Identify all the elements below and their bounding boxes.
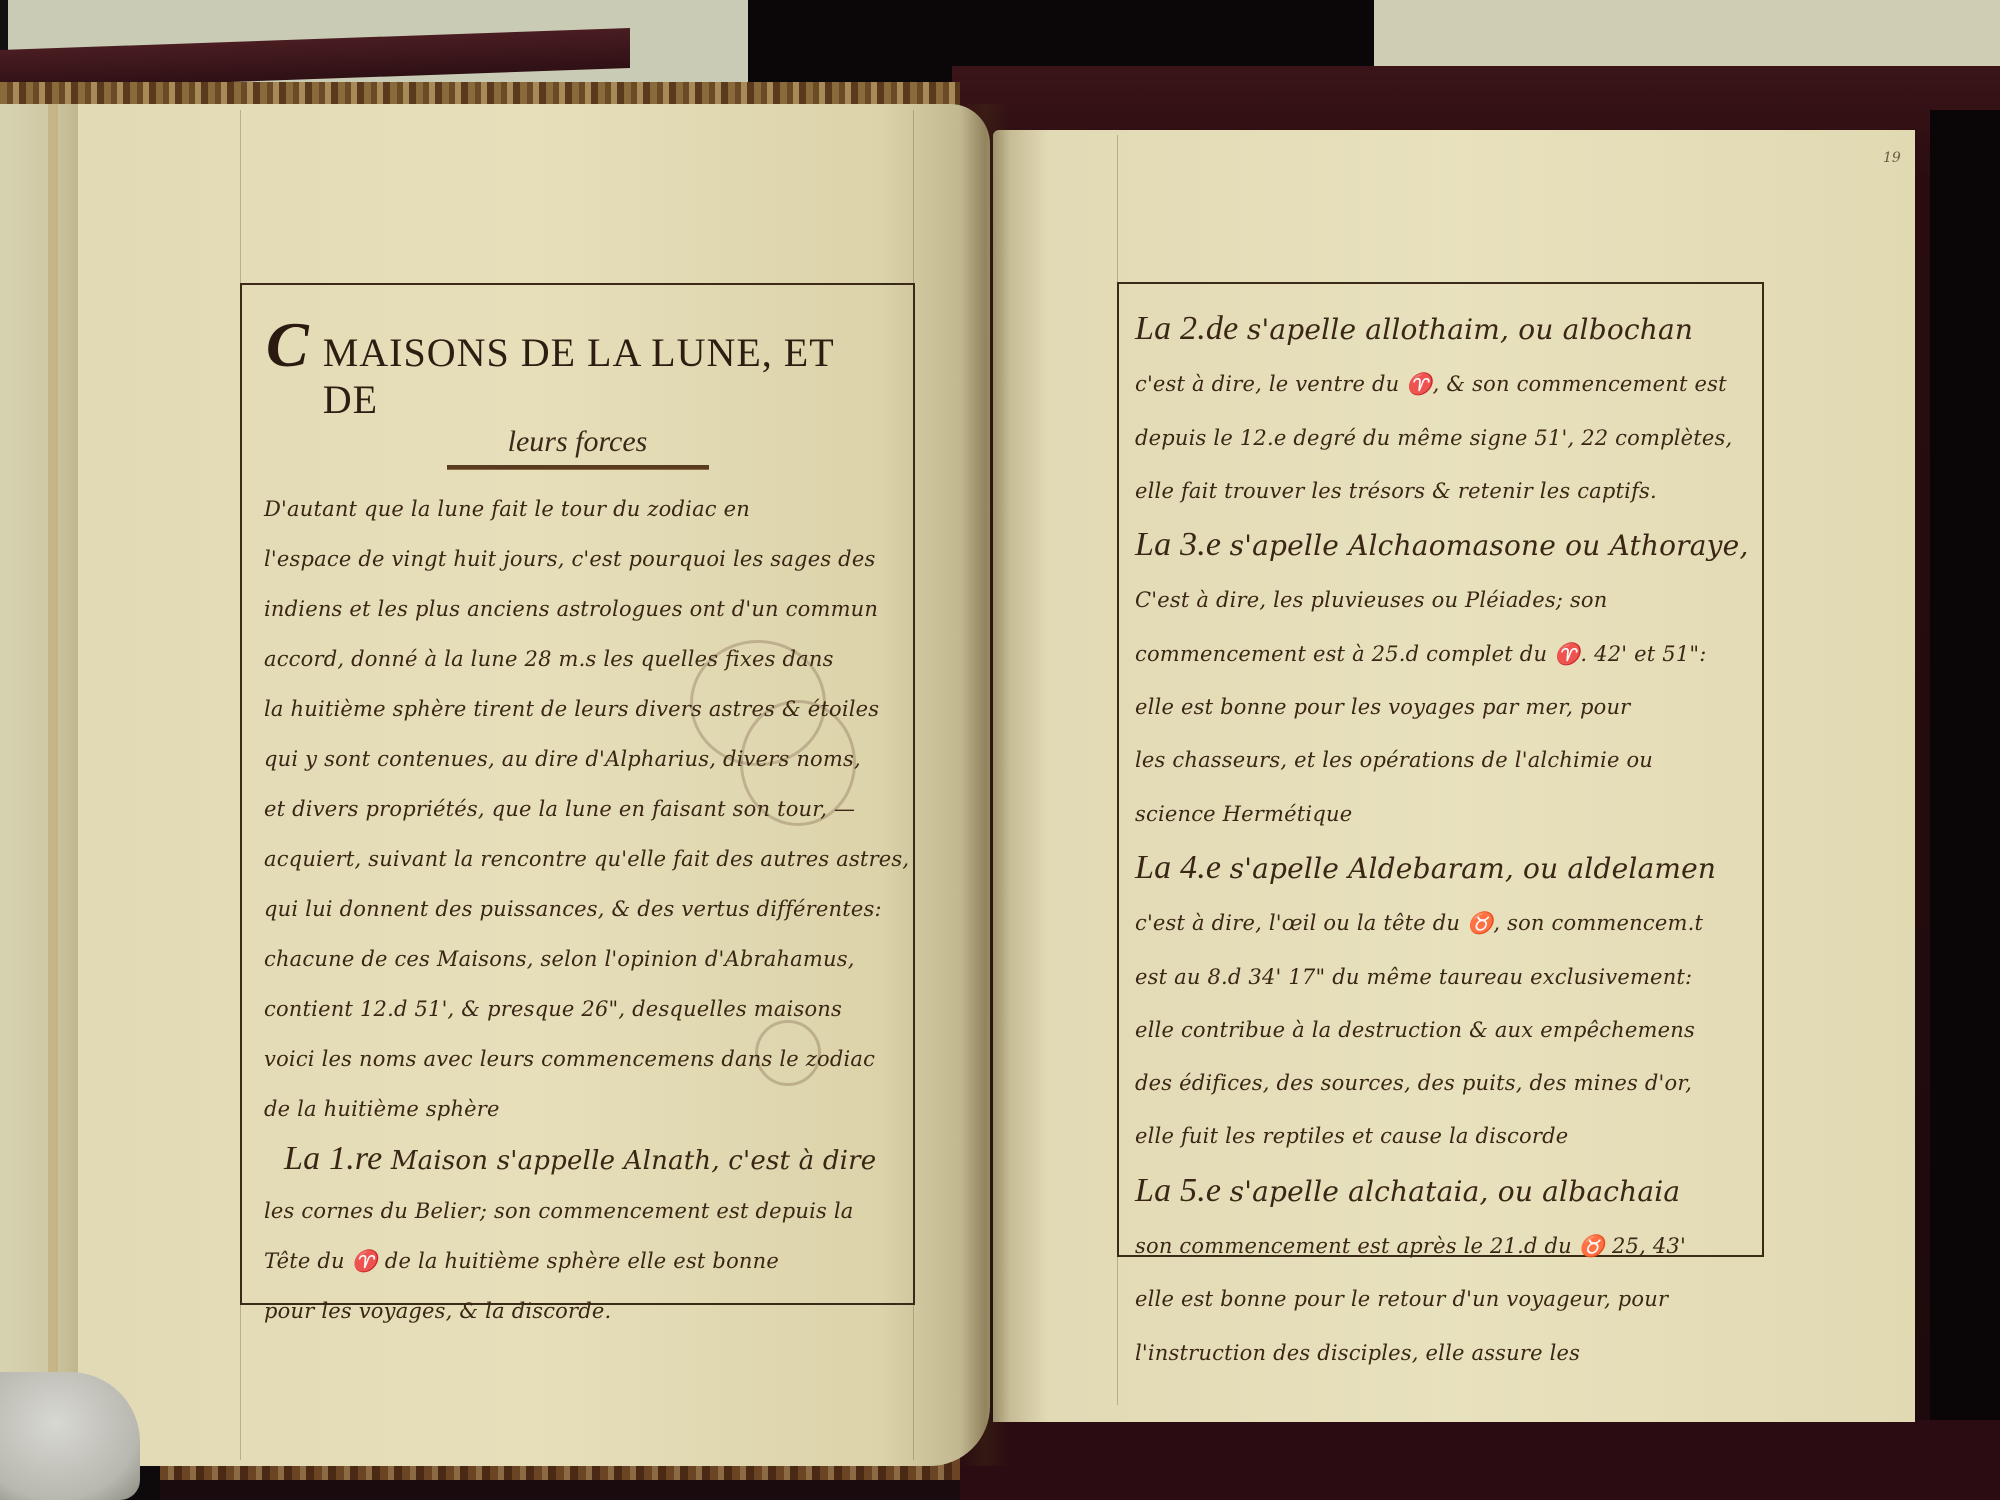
page-number: 19 [1883, 150, 1901, 166]
text-line: voici les noms avec leurs commencemens d… [264, 1034, 891, 1084]
text-line: et divers propriétés, que la lune en fai… [264, 784, 891, 834]
text-line: D'autant que la lune fait le tour du zod… [264, 484, 891, 534]
text-line: les chasseurs, et les opérations de l'al… [1135, 734, 1746, 787]
text-line: son commencement est après le 21.d du ♉ … [1135, 1220, 1746, 1273]
house-1-section: La 1.re Maison s'appelle Alnath, c'est à… [264, 1134, 891, 1336]
flyleaf-fold [48, 104, 58, 1384]
house-1-text: Maison s'appelle Alnath, c'est à dire [391, 1146, 877, 1176]
text-line: elle fait trouver les trésors & retenir … [1135, 465, 1746, 518]
archival-box-bottom [960, 1420, 2000, 1500]
text-line: chacune de ces Maisons, selon l'opinion … [264, 934, 891, 984]
text-line: est au 8.d 34' 17" du même taureau exclu… [1135, 951, 1746, 1004]
flyleaf [0, 104, 80, 1464]
drop-cap: C [266, 313, 309, 377]
text-line: C'est à dire, les pluvieuses ou Pléiades… [1135, 574, 1746, 627]
house-5-name: s'apelle alchataia, ou albachaia [1230, 1175, 1681, 1208]
house-2-name: s'apelle allothaim, ou albochan [1247, 313, 1693, 346]
text-line: commencement est à 25.d complet du ♈. 42… [1135, 628, 1746, 681]
page-subtitle: leurs forces [264, 425, 891, 459]
archival-box-wall [1930, 110, 2000, 1500]
text-line: elle contribue à la destruction & aux em… [1135, 1004, 1746, 1057]
house-5-heading: La 5.e s'apelle alchataia, ou albachaia [1135, 1164, 1746, 1220]
chapter-title: C MAISONS DE LA LUNE, ET DE [266, 313, 891, 423]
intro-paragraph: D'autant que la lune fait le tour du zod… [264, 484, 891, 1134]
left-text-frame: C MAISONS DE LA LUNE, ET DE leurs forces… [240, 283, 915, 1305]
text-line: acquiert, suivant la rencontre qu'elle f… [264, 834, 891, 884]
text-line: qui y sont contenues, au dire d'Alphariu… [264, 734, 891, 784]
house-3-name: s'apelle Alchaomasone ou Athoraye, [1230, 529, 1749, 562]
house-4-name: s'apelle Aldebaram, ou aldelamen [1230, 852, 1717, 885]
house-2-lead: La 2.de [1135, 310, 1238, 347]
text-line: science Hermétique [1135, 788, 1746, 841]
text-line: les cornes du Belier; son commencement e… [264, 1186, 891, 1236]
house-1-heading: La 1.re Maison s'appelle Alnath, c'est à… [264, 1134, 891, 1186]
gloved-hand [0, 1372, 140, 1500]
text-line: qui lui donnent des puissances, & des ve… [264, 884, 891, 934]
text-line: c'est à dire, le ventre du ♈, & son comm… [1135, 358, 1746, 411]
page-title: MAISONS DE LA LUNE, ET DE [323, 329, 891, 423]
text-line: depuis le 12.e degré du même signe 51', … [1135, 412, 1746, 465]
book-binding-top-edge [0, 82, 960, 106]
text-line: des édifices, des sources, des puits, de… [1135, 1057, 1746, 1110]
text-line: Tête du ♈ de la huitième sphère elle est… [264, 1236, 891, 1286]
text-line: elle est bonne pour les voyages par mer,… [1135, 681, 1746, 734]
house-3-lead: La 3.e [1135, 526, 1221, 563]
text-line: la huitième sphère tirent de leurs diver… [264, 684, 891, 734]
text-line: l'espace de vingt huit jours, c'est pour… [264, 534, 891, 584]
house-4-heading: La 4.e s'apelle Aldebaram, ou aldelamen [1135, 841, 1746, 897]
text-line: indiens et les plus anciens astrologues … [264, 584, 891, 634]
text-line: elle est bonne pour le retour d'un voyag… [1135, 1273, 1746, 1326]
background-wall-right [1374, 0, 2000, 70]
text-line: l'instruction des disciples, elle assure… [1135, 1327, 1746, 1380]
text-line: de la huitième sphère [264, 1084, 891, 1134]
house-3-heading: La 3.e s'apelle Alchaomasone ou Athoraye… [1135, 518, 1746, 574]
text-line: c'est à dire, l'œil ou la tête du ♉, son… [1135, 897, 1746, 950]
text-line: contient 12.d 51', & presque 26", desque… [264, 984, 891, 1034]
house-2-heading: La 2.de s'apelle allothaim, ou albochan [1135, 302, 1746, 358]
book-gutter [960, 104, 1010, 1466]
house-1-lead: La 1.re [284, 1140, 382, 1177]
text-line: accord, donné à la lune 28 m.s les quell… [264, 634, 891, 684]
house-4-lead: La 4.e [1135, 849, 1221, 886]
right-text-frame: La 2.de s'apelle allothaim, ou albochan … [1117, 282, 1764, 1257]
text-line: elle fuit les reptiles et cause la disco… [1135, 1110, 1746, 1163]
title-underline [447, 465, 709, 470]
house-5-lead: La 5.e [1135, 1172, 1221, 1209]
text-line: pour les voyages, & la discorde. [264, 1286, 891, 1336]
